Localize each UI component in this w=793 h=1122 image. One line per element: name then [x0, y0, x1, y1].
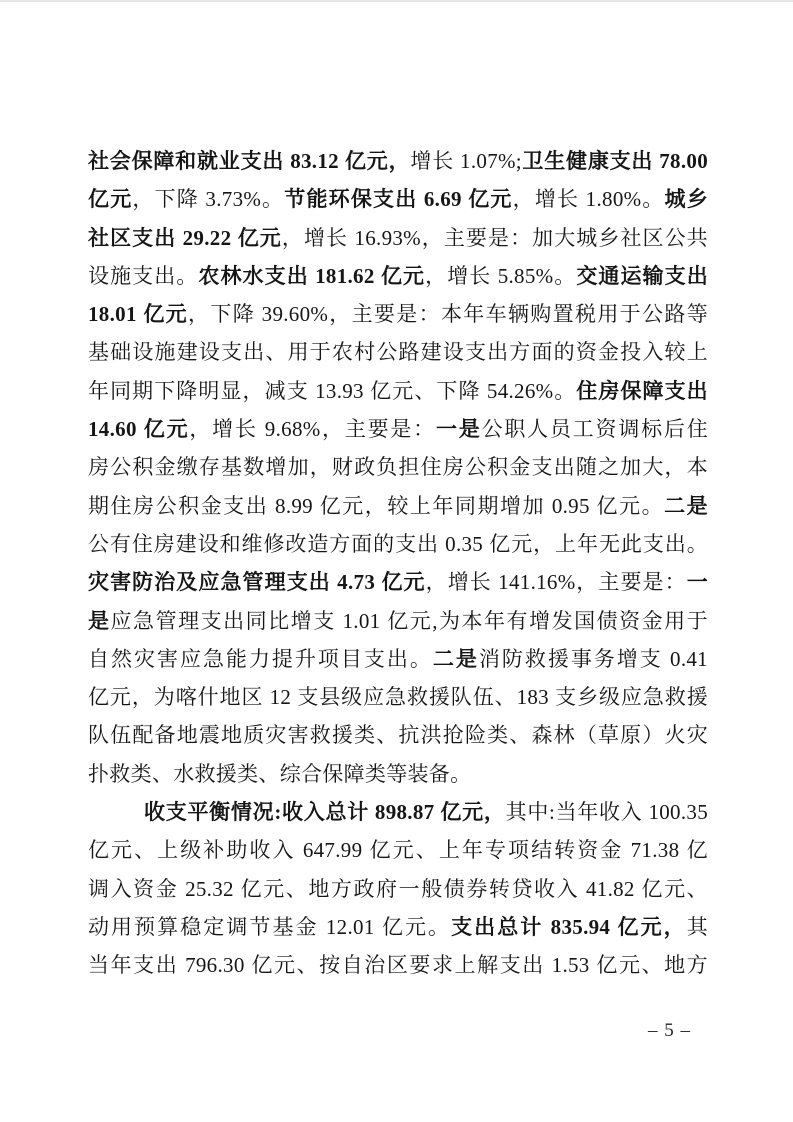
text-line: 扑救类、水救援类、综合保障类等装备。: [88, 755, 708, 793]
text-segment: ，增长 16.93%，主要是：加大城乡社区公共: [282, 226, 708, 250]
text-segment: 房公积金缴存基数增加，财政负担住房公积金支出随之加大，本: [88, 455, 708, 479]
bold-text-segment: 支出总计 835.94 亿元，: [451, 915, 687, 939]
text-segment: 公职人员工资调标后住: [482, 417, 708, 441]
text-line: 队伍配备地震地质灾害救援类、抗洪抢险类、森林（草原）火灾: [88, 716, 708, 754]
text-segment: 亿元，为喀什地区 12 支县级应急救援队伍、183 支乡级应急救援: [88, 685, 708, 709]
text-line: 基础设施建设支出、用于农村公路建设支出方面的资金投入较上: [88, 333, 708, 371]
bold-text-segment: 二是: [664, 494, 708, 518]
text-segment: 亿元、上级补助收入 647.99 亿元、上年专项结转资金 71.38 亿元、: [88, 838, 708, 869]
text-segment: 自然灾害应急能力提升项目支出。: [88, 647, 433, 671]
text-line: 当年支出 796.30 亿元、按自治区要求上解支出 1.53 亿元、地方: [88, 946, 708, 984]
text-segment: 调入资金 25.32 亿元、地方政府一般债券转贷收入 41.82 亿元、: [88, 877, 708, 901]
bold-text-segment: 亿元: [88, 187, 132, 211]
text-line: 社区支出 29.22 亿元，增长 16.93%，主要是：加大城乡社区公共: [88, 219, 708, 257]
text-segment: 基础设施建设支出、用于农村公路建设支出方面的资金投入较上: [88, 340, 708, 364]
document-body: 社会保障和就业支出 83.12 亿元，增长 1.07%;卫生健康支出 78.00…: [88, 142, 708, 985]
text-segment: 动用预算稳定调节基金 12.01 亿元。: [88, 915, 451, 939]
text-segment: ，下降 3.73%。: [132, 187, 284, 211]
bold-text-segment: 卫生健康支出 78.00: [522, 149, 708, 173]
bold-text-segment: 收支平衡情况:收入总计 898.87 亿元，: [144, 800, 506, 824]
bold-text-segment: 一: [687, 570, 708, 594]
text-line: 18.01 亿元，下降 39.60%，主要是：本年车辆购置税用于公路等: [88, 295, 708, 333]
text-segment: 公有住房建设和维修改造方面的支出 0.35 亿元，上年无此支出。: [88, 532, 708, 556]
text-segment: 当年支出 796.30 亿元、按自治区要求上解支出 1.53 亿元、地方: [88, 953, 708, 977]
text-line: 调入资金 25.32 亿元、地方政府一般债券转贷收入 41.82 亿元、: [88, 870, 708, 908]
bold-text-segment: 社区支出 29.22 亿元: [88, 226, 282, 250]
text-line: 房公积金缴存基数增加，财政负担住房公积金支出随之加大，本: [88, 448, 708, 486]
text-segment: 消防救援事务增支 0.41: [479, 647, 708, 671]
bold-text-segment: 节能环保支出 6.69 亿元: [284, 187, 512, 211]
text-segment: 队伍配备地震地质灾害救援类、抗洪抢险类、森林（草原）火灾: [88, 723, 708, 747]
text-segment: 扑救类、水救援类、综合保障类等装备。: [88, 762, 471, 786]
text-segment: 增长 1.07%;: [410, 149, 522, 173]
text-line: 14.60 亿元，增长 9.68%，主要是：一是公职人员工资调标后住: [88, 410, 708, 448]
page-number: – 5 –: [648, 1019, 691, 1043]
text-segment: 其中:当年收入 100.35: [506, 800, 708, 824]
bold-text-segment: 住房保障支出: [576, 379, 708, 403]
text-line: 亿元、上级补助收入 647.99 亿元、上年专项结转资金 71.38 亿元、: [88, 831, 708, 869]
text-line: 动用预算稳定调节基金 12.01 亿元。支出总计 835.94 亿元，其中：: [88, 908, 708, 946]
text-segment: 设施支出。: [88, 264, 198, 288]
bold-text-segment: 二是: [433, 647, 479, 671]
text-line: 是应急管理支出同比增支 1.01 亿元,为本年有增发国债资金用于: [88, 602, 708, 640]
text-line: 年同期下降明显，减支 13.93 亿元、下降 54.26%。住房保障支出: [88, 372, 708, 410]
text-segment: ，下降 39.60%，主要是：本年车辆购置税用于公路等: [188, 302, 708, 326]
bold-text-segment: 14.60 亿元: [88, 417, 189, 441]
page-top-edge: [0, 0, 793, 2]
text-line: 灾害防治及应急管理支出 4.73 亿元，增长 141.16%，主要是：一: [88, 563, 708, 601]
bold-text-segment: 灾害防治及应急管理支出 4.73 亿元: [88, 570, 426, 594]
bold-text-segment: 城乡: [665, 187, 709, 211]
text-line: 亿元，为喀什地区 12 支县级应急救援队伍、183 支乡级应急救援: [88, 678, 708, 716]
text-segment: ，增长 141.16%，主要是：: [426, 570, 687, 594]
text-line: 自然灾害应急能力提升项目支出。二是消防救援事务增支 0.41: [88, 640, 708, 678]
text-segment: 年同期下降明显，减支 13.93 亿元、下降 54.26%。: [88, 379, 576, 403]
bold-text-segment: 社会保障和就业支出 83.12 亿元，: [88, 149, 410, 173]
text-segment: ，增长 5.85%。: [425, 264, 576, 288]
text-segment: ，增长 9.68%，主要是：: [189, 417, 436, 441]
text-line: 社会保障和就业支出 83.12 亿元，增长 1.07%;卫生健康支出 78.00: [88, 142, 708, 180]
text-segment: 期住房公积金支出 8.99 亿元，较上年同期增加 0.95 亿元。: [88, 494, 664, 518]
bold-text-segment: 农林水支出 181.62 亿元: [198, 264, 425, 288]
text-segment: ，增长 1.80%。: [513, 187, 665, 211]
text-segment: 应急管理支出同比增支 1.01 亿元,为本年有增发国债资金用于: [111, 609, 708, 633]
bold-text-segment: 是: [88, 609, 111, 633]
bold-text-segment: 18.01 亿元: [88, 302, 188, 326]
bold-text-segment: 一是: [436, 417, 482, 441]
text-line: 期住房公积金支出 8.99 亿元，较上年同期增加 0.95 亿元。二是: [88, 487, 708, 525]
document-page: 社会保障和就业支出 83.12 亿元，增长 1.07%;卫生健康支出 78.00…: [0, 0, 793, 1122]
text-line: 亿元，下降 3.73%。节能环保支出 6.69 亿元，增长 1.80%。城乡: [88, 180, 708, 218]
text-line: 设施支出。农林水支出 181.62 亿元，增长 5.85%。交通运输支出: [88, 257, 708, 295]
text-line: 公有住房建设和维修改造方面的支出 0.35 亿元，上年无此支出。: [88, 525, 708, 563]
bold-text-segment: 交通运输支出: [576, 264, 708, 288]
text-line: 收支平衡情况:收入总计 898.87 亿元，其中:当年收入 100.35: [88, 793, 708, 831]
